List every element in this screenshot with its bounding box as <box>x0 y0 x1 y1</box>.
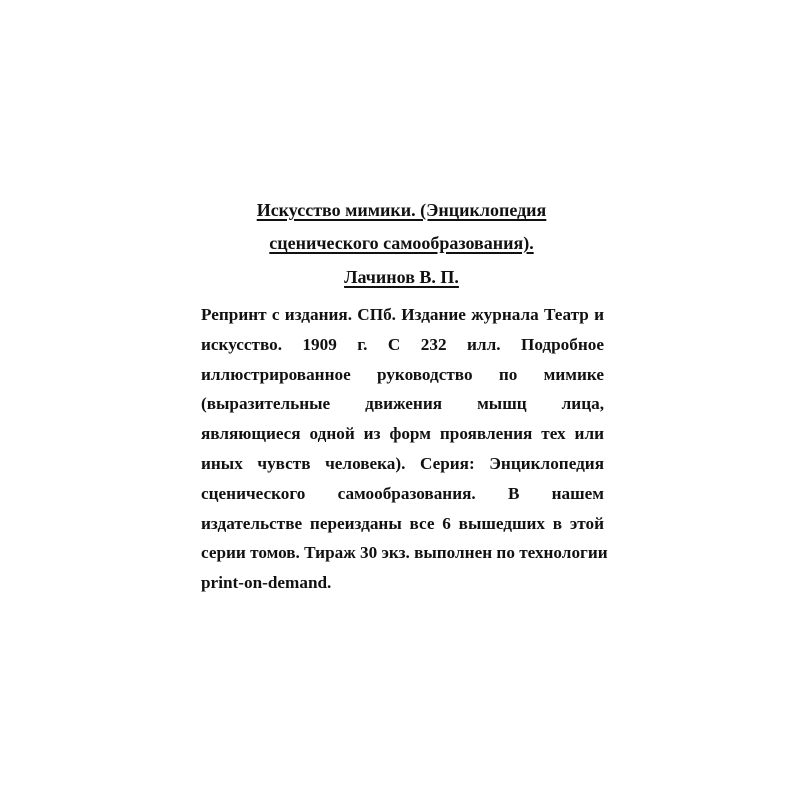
description-line: print-on-demand. <box>201 568 604 598</box>
author-name: Лачинов В. П. <box>344 267 459 287</box>
title-line-1: Искусство мимики. (Энциклопедия <box>200 194 603 227</box>
description-line: Репринт с издания. СПб. Издание журнала … <box>201 300 604 330</box>
description-line: сценического самообразования. В нашем <box>201 479 604 509</box>
description-paragraph: Репринт с издания. СПб. Издание журнала … <box>201 300 604 598</box>
description-line: иллюстрированное руководство по мимике <box>201 360 604 390</box>
description-line: серии томов. Тираж 30 экз. выполнен по т… <box>201 538 604 568</box>
book-title-part-1: Искусство мимики. (Энциклопедия <box>257 200 547 220</box>
book-title-part-2: сценического самообразования). <box>269 233 533 253</box>
description-line: искусство. 1909 г. С 232 илл. Подробное <box>201 330 604 360</box>
document-page: Искусство мимики. (Энциклопедия сценичес… <box>0 0 800 800</box>
title-block: Искусство мимики. (Энциклопедия сценичес… <box>200 194 603 294</box>
description-line: издательстве переизданы все 6 вышедших в… <box>201 509 604 539</box>
description-line: являющиеся одной из форм проявления тех … <box>201 419 604 449</box>
description-line: иных чувств человека). Серия: Энциклопед… <box>201 449 604 479</box>
author-line: Лачинов В. П. <box>200 261 603 294</box>
title-line-2: сценического самообразования). <box>200 227 603 260</box>
description-line: (выразительные движения мышц лица, <box>201 389 604 419</box>
